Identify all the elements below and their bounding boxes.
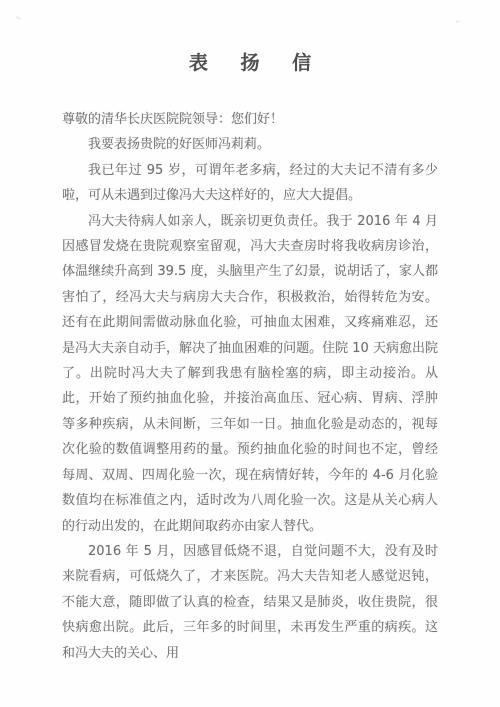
salutation-line: 尊敬的清华长庆医院院领导：您们好！ [62, 107, 438, 132]
paragraph-intro: 我要表扬贵院的好医师冯莉莉。 [62, 132, 438, 157]
letter-title: 表 扬 信 [62, 48, 438, 75]
paragraph-treatment-2016-04: 冯大夫待病人如亲人，既亲切更负责任。我于 2016 年 4 月因感冒发烧在贵院观… [62, 209, 438, 539]
paragraph-age: 我已年过 95 岁，可谓年老多病，经过的大夫记不清有多少啦，可从未遇到过像冯大夫… [62, 158, 438, 209]
paragraph-treatment-2016-05: 2016 年 5 月，因感冒低烧不退，自觉问题不大，没有及时来院看病，可低烧久了… [62, 539, 438, 666]
letter-body: 尊敬的清华长庆医院院领导：您们好！ 我要表扬贵院的好医师冯莉莉。 我已年过 95… [62, 107, 438, 666]
scanned-letter-page: 表 扬 信 尊敬的清华长庆医院院领导：您们好！ 我要表扬贵院的好医师冯莉莉。 我… [0, 0, 500, 707]
